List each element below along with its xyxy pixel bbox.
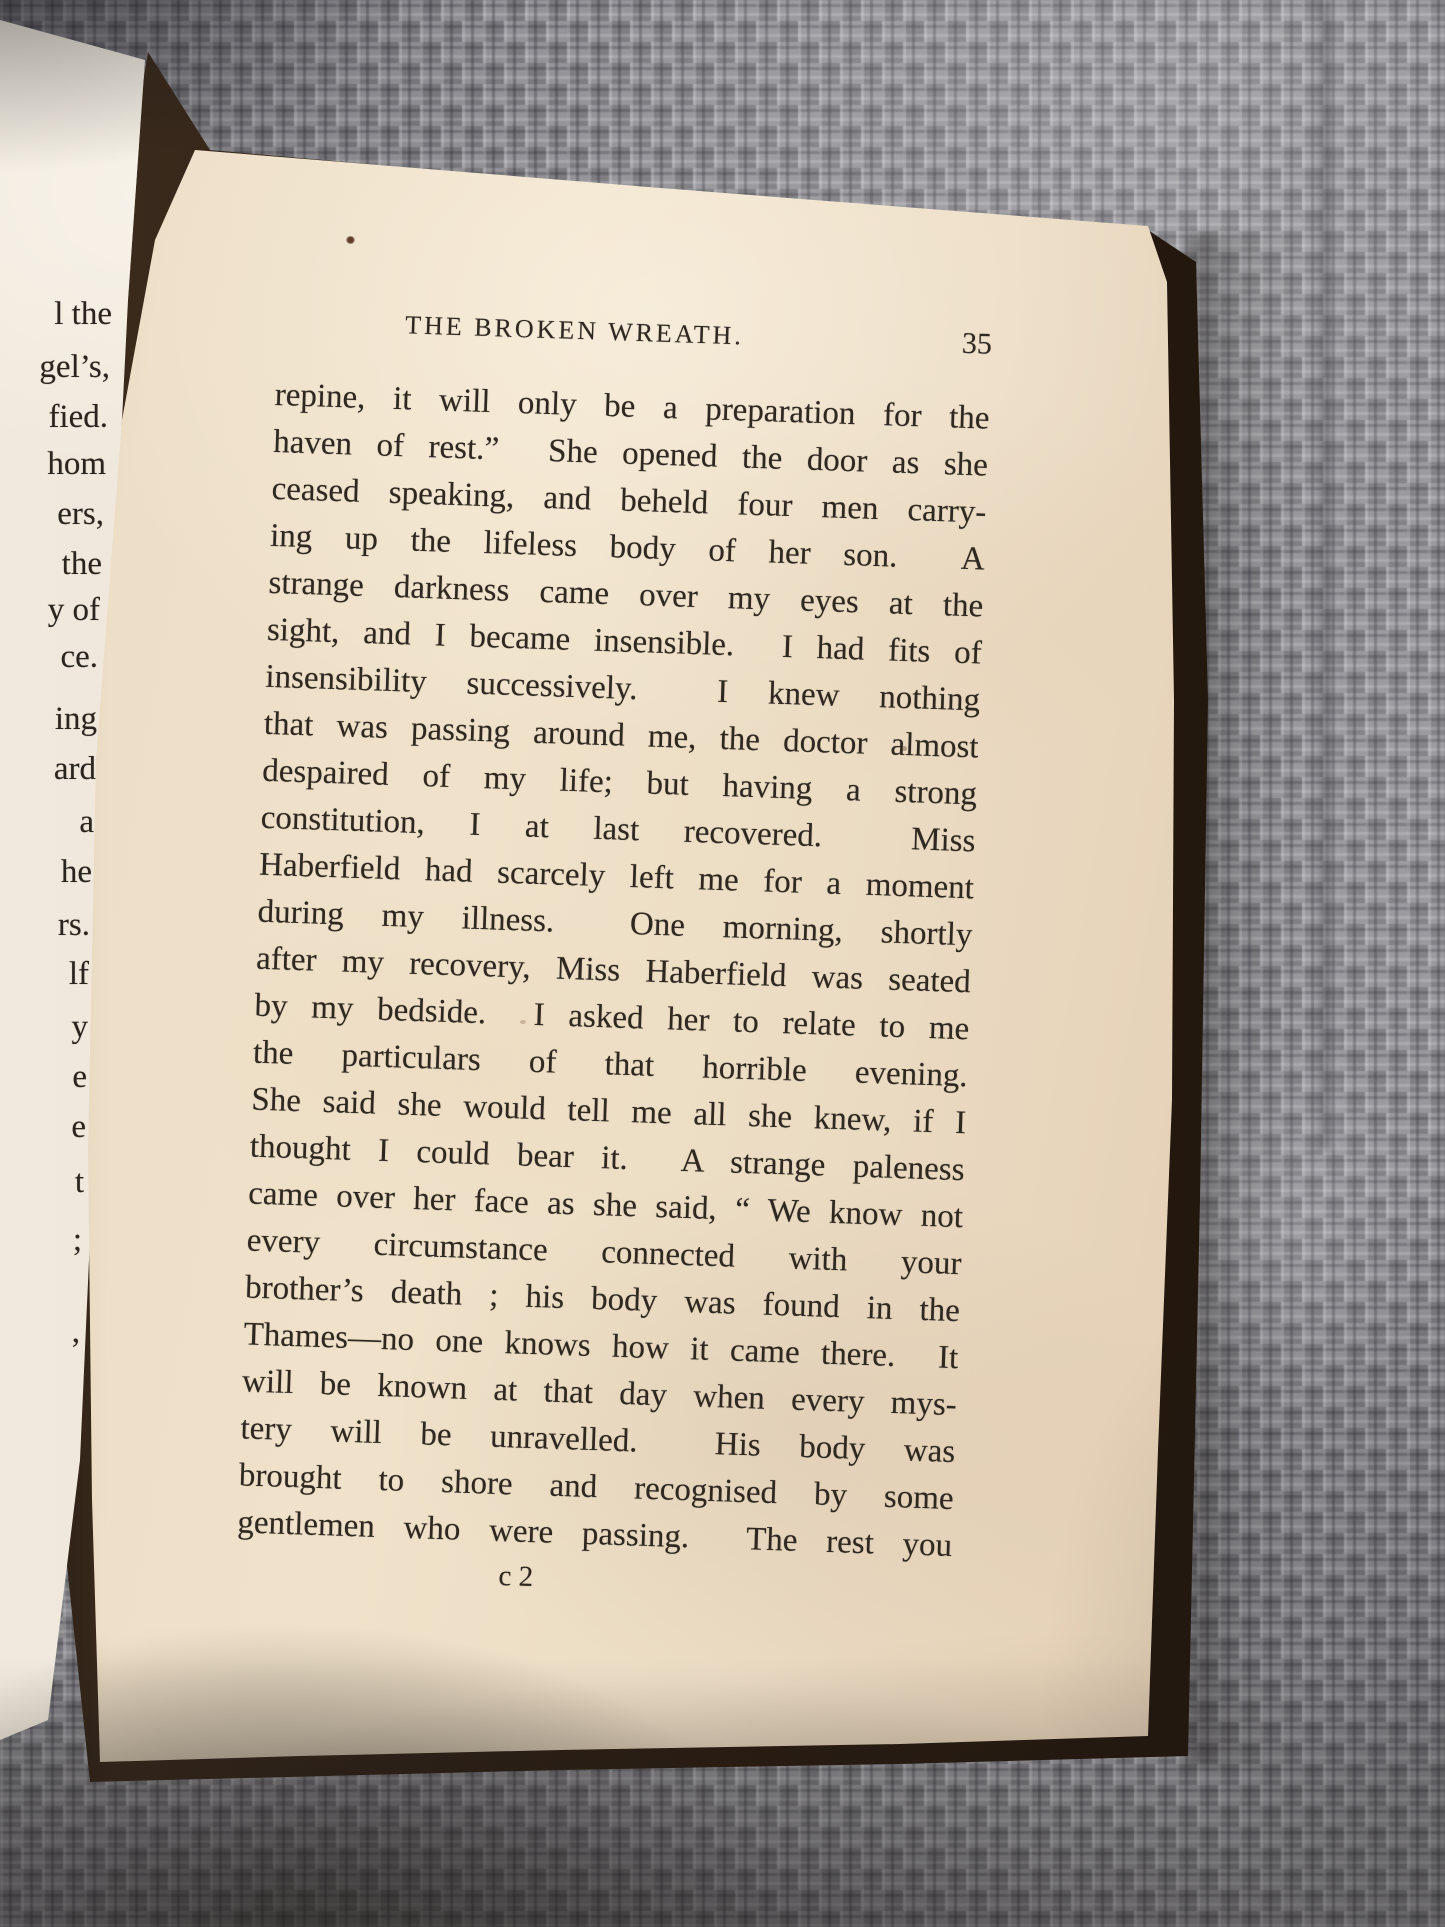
text-line: tery will be unravelled. His body was: [240, 1405, 956, 1476]
text-line: thought I could bear it. A strange palen…: [249, 1124, 965, 1195]
text-line: strange darkness came over my eyes at th…: [268, 560, 984, 631]
left-page-text-fragment: lf: [0, 954, 89, 994]
text-line: constitution, I at last recovered. Miss: [260, 795, 976, 866]
text-line: haven of rest.” She opened the door as s…: [272, 419, 988, 490]
left-page-text-fragment: rs.: [0, 905, 90, 945]
text-line: will be known at that day when every mys…: [241, 1358, 957, 1429]
paper-speck: [902, 746, 907, 751]
left-page-text-fragment: e: [0, 1057, 87, 1097]
text-line: insensibility successively. I knew nothi…: [265, 654, 981, 725]
text-line: brought to shore and recognised by some: [238, 1452, 954, 1523]
printed-text-block: THE BROKEN WREATH. 35 repine, it will on…: [278, 300, 993, 324]
book-photograph: l the gel’s, fied. hom ers, the y of ce.…: [0, 0, 1445, 1927]
text-line: every circumstance connected with your: [246, 1217, 962, 1288]
left-page-text-fragment: he: [0, 852, 92, 892]
left-page-text-fragment: a: [0, 802, 94, 842]
left-page-text-fragment: l the: [0, 294, 112, 334]
text-line: during my illness. One morning, shortly: [257, 889, 973, 960]
text-line: sight, and I became insensible. I had fi…: [266, 607, 982, 678]
left-page-text-fragment: y: [0, 1007, 88, 1047]
left-page-text-fragment: gel’s,: [0, 347, 110, 387]
left-page-text-fragment: ard: [0, 749, 96, 789]
left-page-text-fragment: hom: [0, 444, 106, 484]
text-line: that was passing around me, the doctor a…: [263, 701, 979, 772]
fabric-crease: [1316, 0, 1342, 1150]
left-page-text-fragment: ing: [0, 699, 97, 739]
left-page-text-fragment: y of: [0, 590, 100, 630]
left-page-text-fragment: the: [0, 544, 102, 584]
text-line: brother’s death ; his body was found in …: [244, 1264, 960, 1335]
text-line: after my recovery, Miss Haberfield was s…: [255, 936, 971, 1007]
running-head: THE BROKEN WREATH.: [405, 310, 745, 351]
left-page-text-fragment: e: [0, 1107, 86, 1147]
left-page-text-fragment: ers,: [0, 494, 104, 534]
left-page-text-fragment: ,: [0, 1312, 80, 1352]
body-text: repine, it will only be a preparation fo…: [237, 372, 991, 1570]
text-line: gentlemen who were passing. The rest you: [237, 1499, 953, 1570]
book-cast-shadow: [1186, 235, 1301, 1765]
text-line: She said she would tell me all she knew,…: [251, 1077, 967, 1148]
text-line: came over her face as she said, “ We kno…: [248, 1171, 964, 1242]
left-page-text-fragment: ce.: [0, 637, 98, 677]
text-line: ing up the lifeless body of her son. A: [269, 513, 985, 584]
text-line: repine, it will only be a preparation fo…: [274, 372, 990, 443]
text-line: ceased speaking, and beheld four men car…: [271, 466, 987, 537]
signature-mark: c 2: [475, 1559, 556, 1595]
text-line: by my bedside. I asked her to relate to …: [254, 983, 970, 1054]
text-line: Haberfield had scarcely left me for a mo…: [258, 842, 974, 913]
text-line: Thames—no one knows how it came there. I…: [243, 1311, 959, 1382]
text-line: despaired of my life; but having a stron…: [262, 748, 978, 819]
left-page-text-fragment: t: [0, 1162, 84, 1202]
text-line: the particulars of that horrible evening…: [252, 1030, 968, 1101]
left-page-text-fragment: fied.: [0, 397, 108, 437]
page-number: 35: [961, 327, 992, 362]
paper-speck: [520, 1020, 526, 1024]
paper-speck: [346, 236, 355, 244]
left-page-text-fragment: ;: [0, 1220, 82, 1260]
